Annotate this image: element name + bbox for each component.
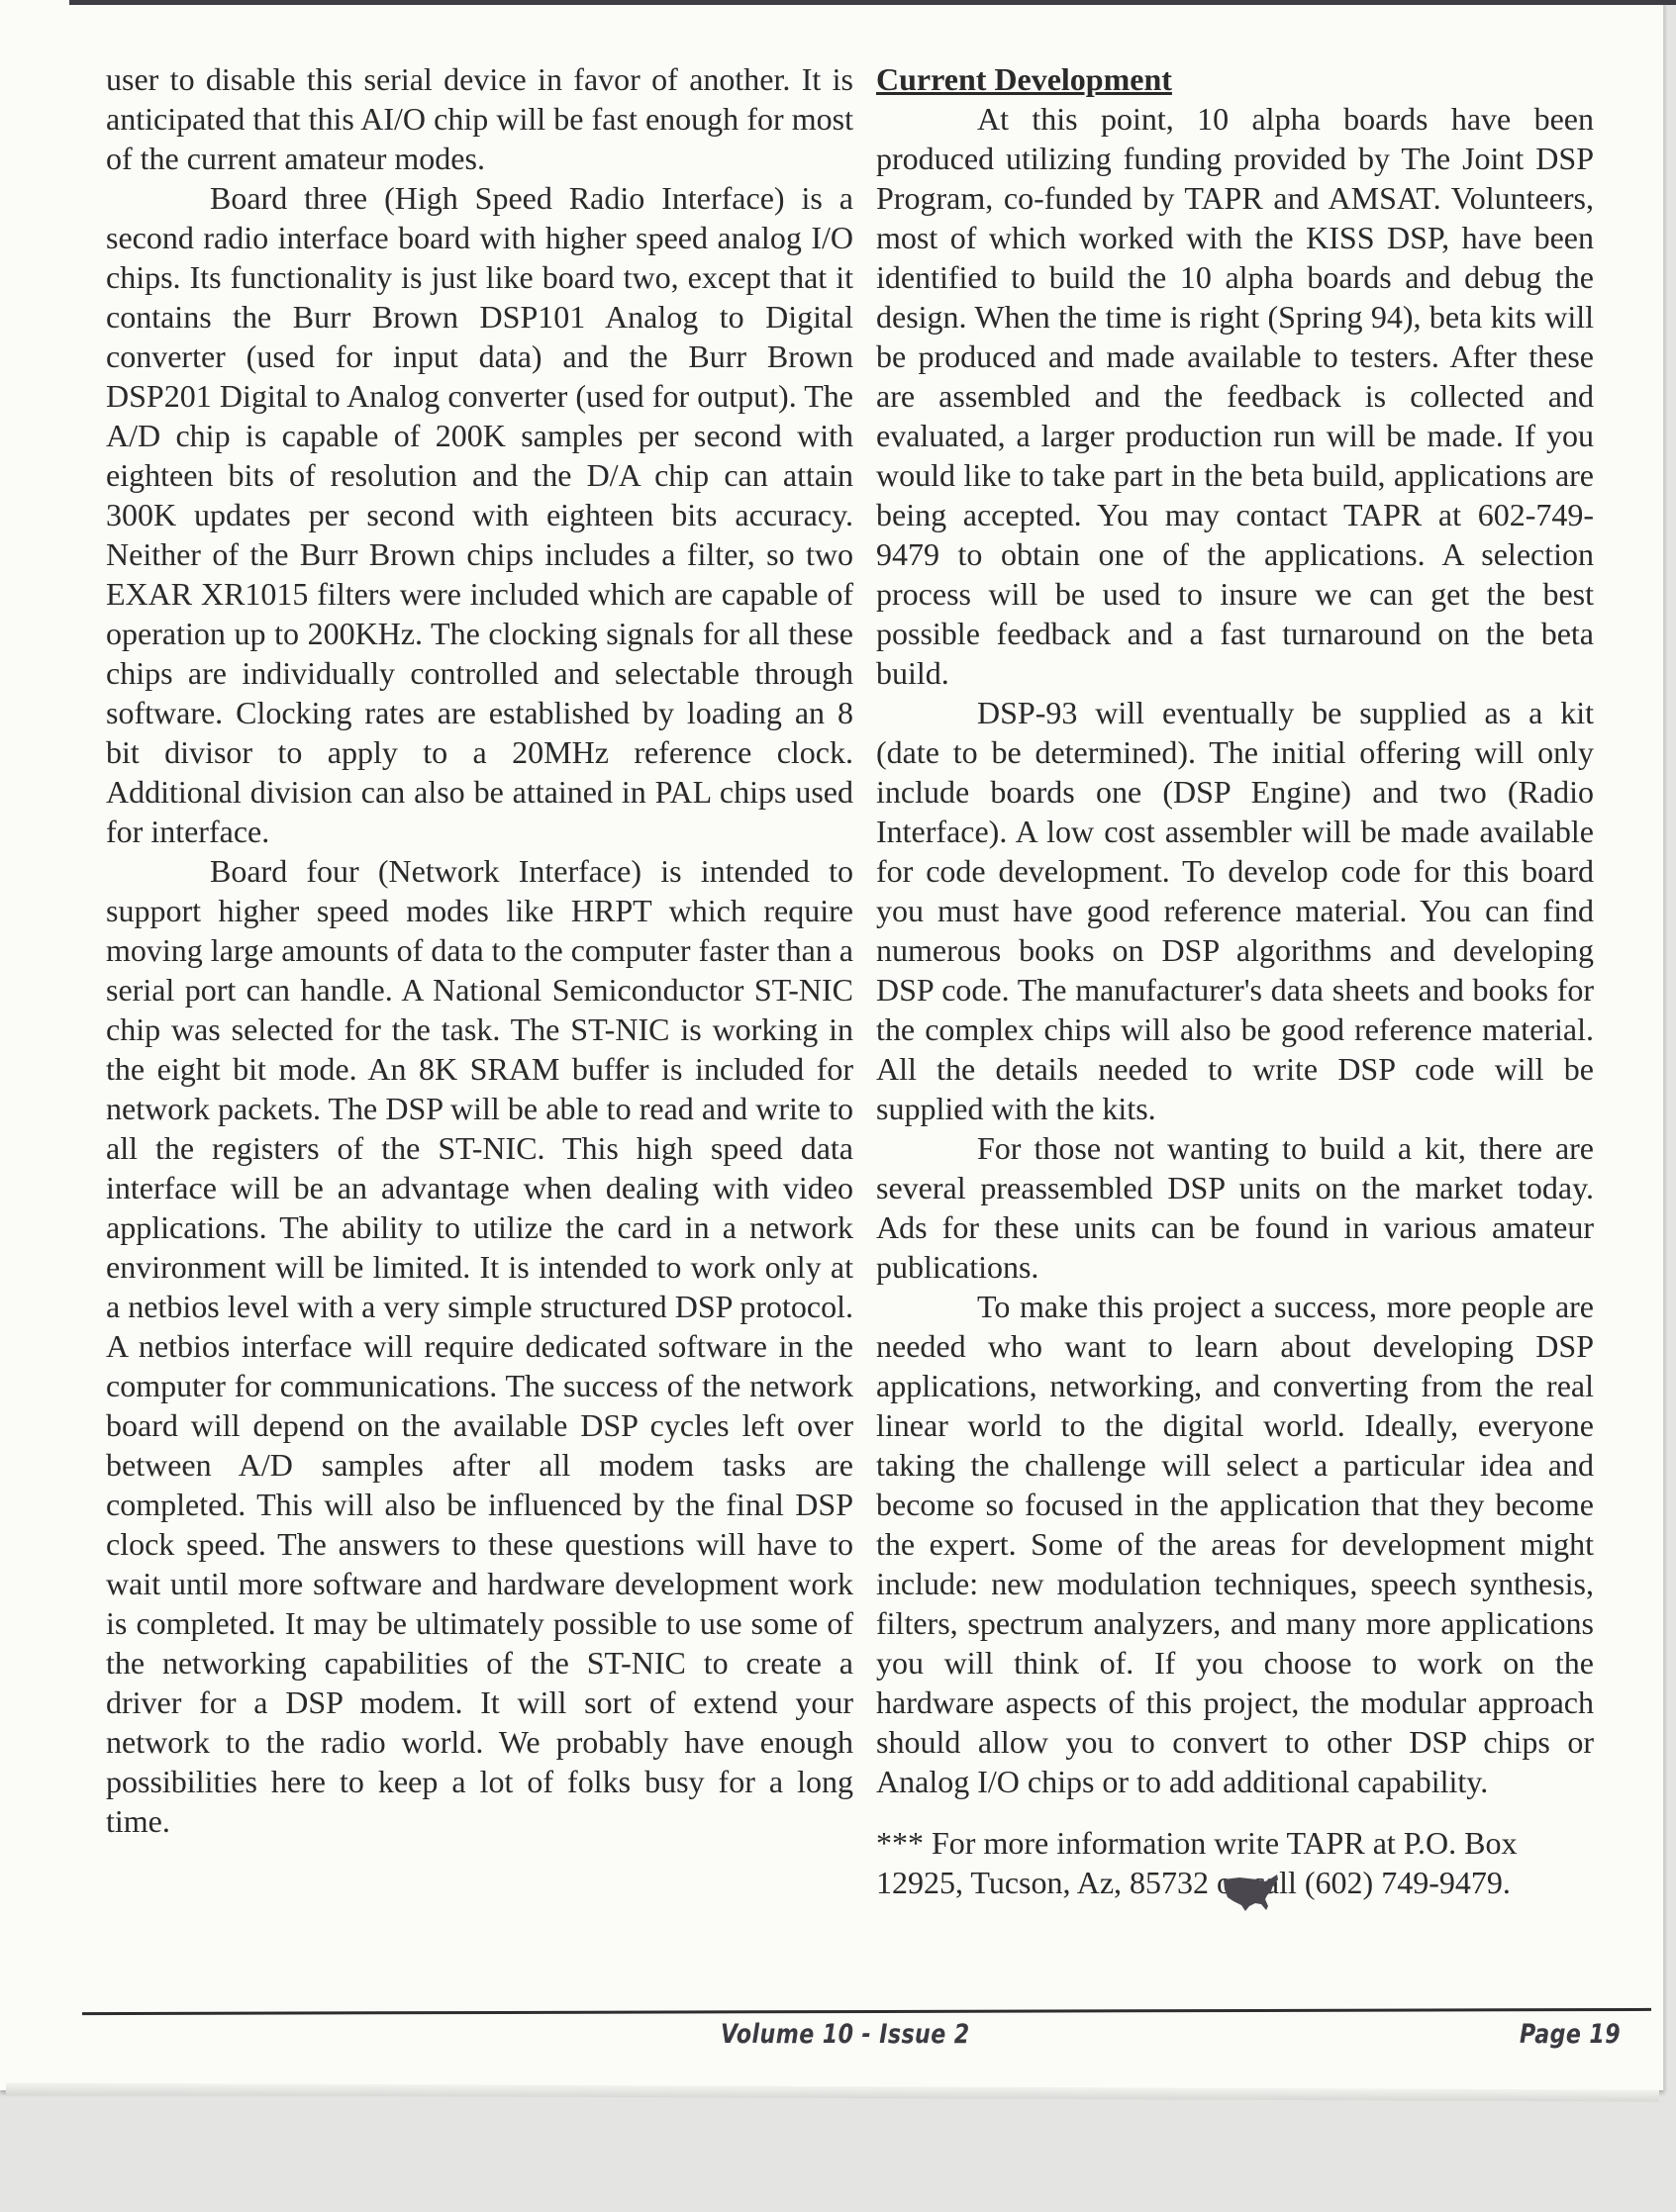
paragraph-board-three: Board three (High Speed Radio Interface)… xyxy=(106,178,853,851)
left-column: user to disable this serial device in fa… xyxy=(106,59,853,1841)
footer-issue-label: Volume 10 - Issue 2 xyxy=(721,2019,970,2050)
paragraph-serial-device: user to disable this serial device in fa… xyxy=(106,59,853,178)
magazine-page: user to disable this serial device in fa… xyxy=(0,0,1664,2090)
section-heading-current-development: Current Development xyxy=(876,59,1594,99)
right-column: Current Development At this point, 10 al… xyxy=(876,59,1594,1902)
paragraph-preassembled-units: For those not wanting to build a kit, th… xyxy=(876,1128,1594,1287)
footer-divider xyxy=(82,2008,1651,2015)
footer-page-number: Page 19 xyxy=(1520,2019,1621,2050)
header-bar xyxy=(69,0,1676,5)
paragraph-board-four: Board four (Network Interface) is intend… xyxy=(106,851,853,1841)
paragraph-alpha-boards: At this point, 10 alpha boards have been… xyxy=(876,99,1594,693)
paragraph-dsp93-kit: DSP-93 will eventually be supplied as a … xyxy=(876,693,1594,1128)
usa-map-icon xyxy=(1222,1874,1281,1913)
paragraph-project-success: To make this project a success, more peo… xyxy=(876,1287,1594,1801)
